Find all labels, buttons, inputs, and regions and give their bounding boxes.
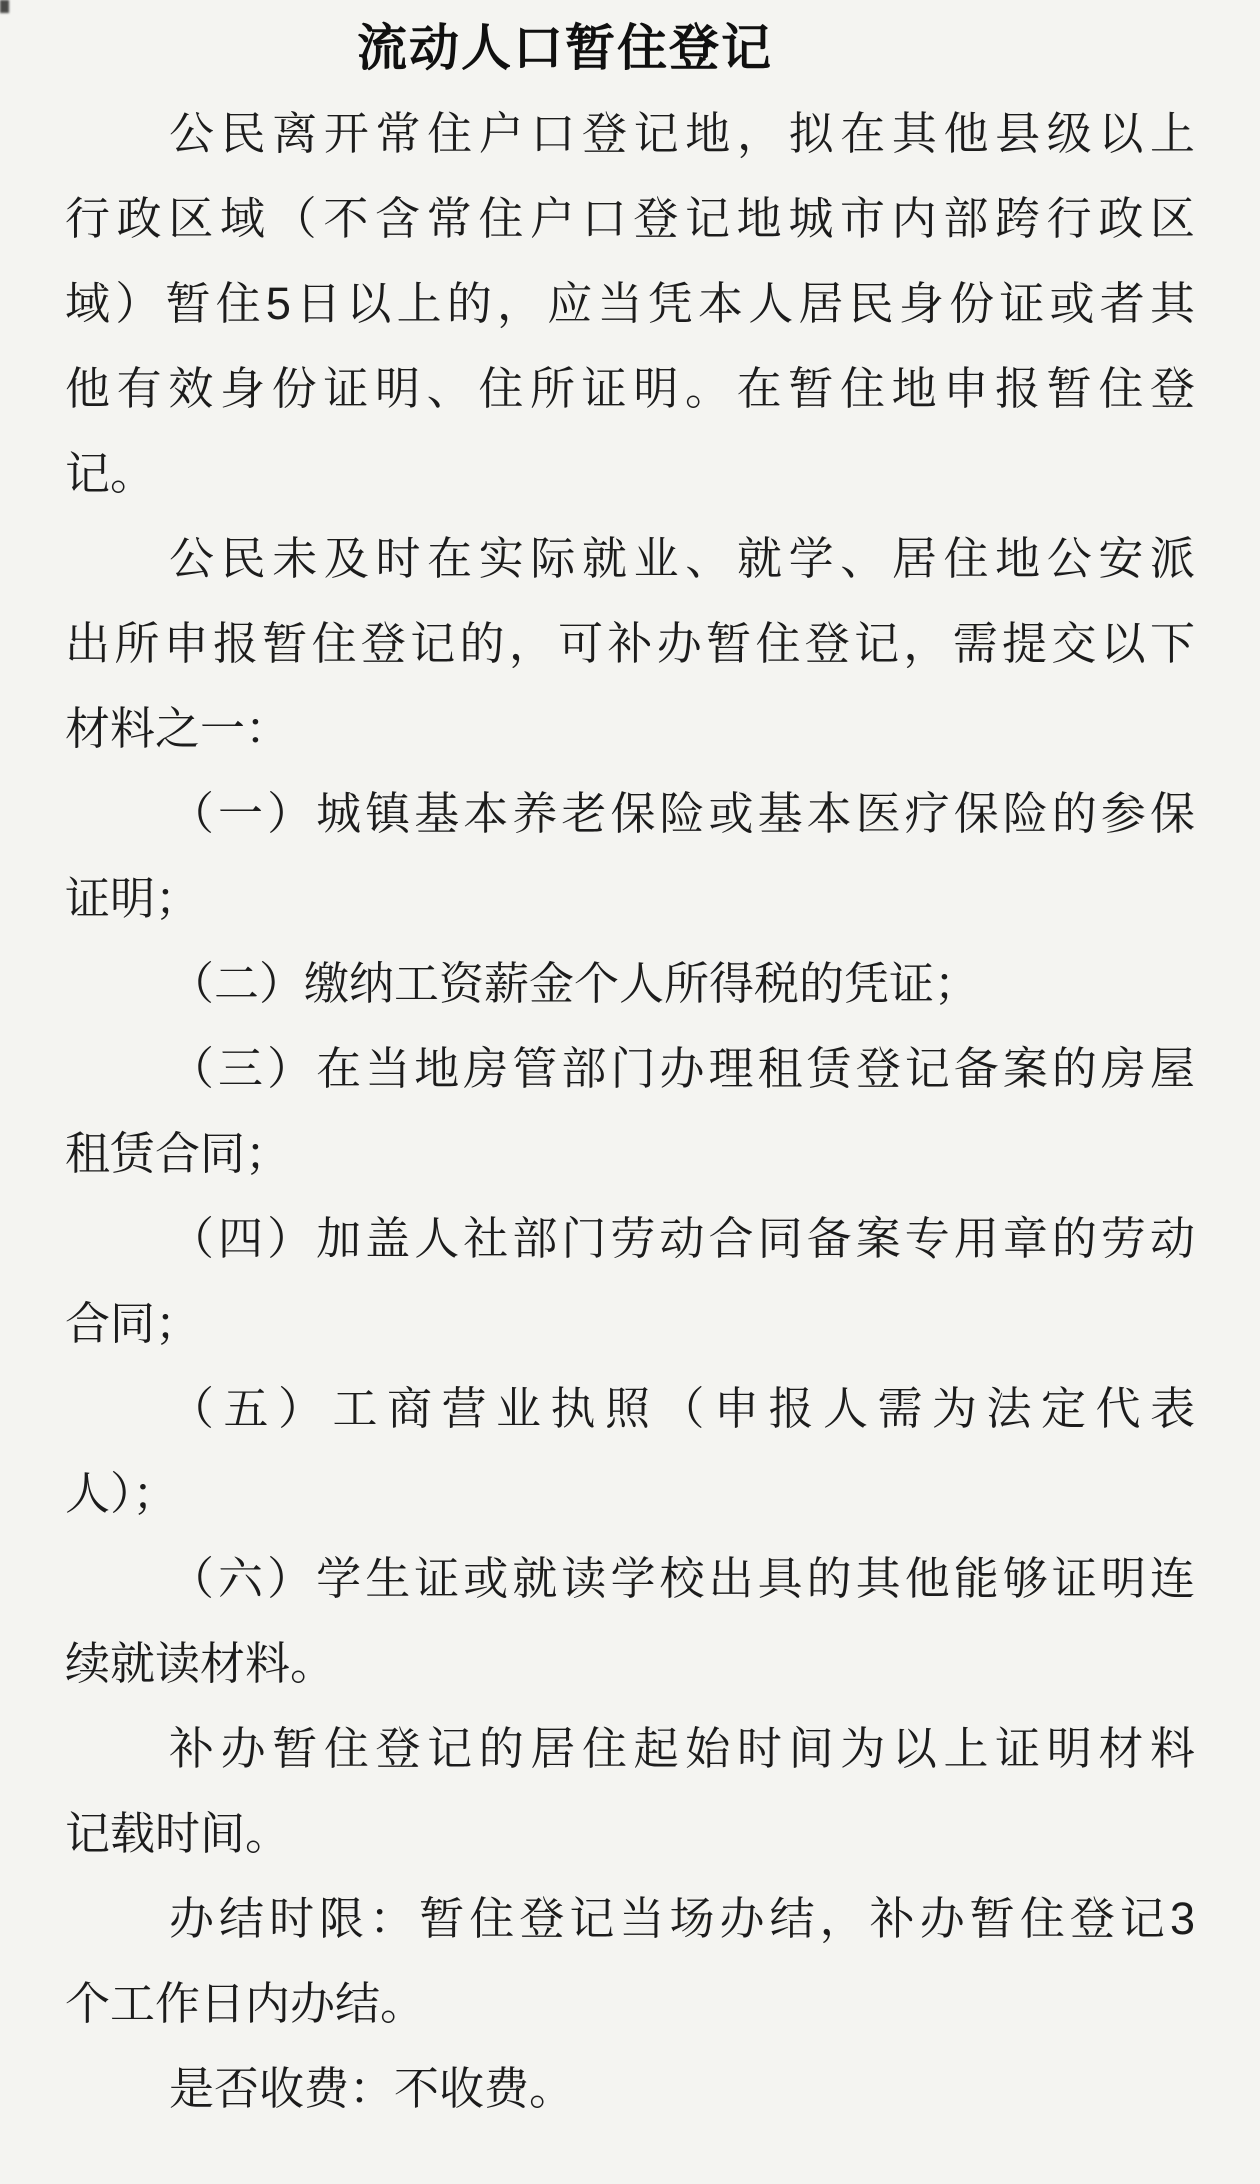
- text-line: 个工作日内办结。: [65, 1961, 1195, 2046]
- paragraph: 办结时限：暂住登记当场办结，补办暂住登记3个工作日内办结。: [65, 1876, 1195, 2046]
- text-line: 公民离开常住户口登记地，拟在其他县级以上: [65, 91, 1195, 176]
- paragraph: 公民未及时在实际就业、就学、居住地公安派出所申报暂住登记的，可补办暂住登记，需提…: [65, 516, 1195, 771]
- paragraph: （三）在当地房管部门办理租赁登记备案的房屋租赁合同；: [65, 1026, 1195, 1196]
- document-title: 流动人口暂住登记: [65, 6, 1195, 91]
- paragraph: （六）学生证或就读学校出具的其他能够证明连续就读材料。: [65, 1536, 1195, 1706]
- paragraph: （五）工商营业执照（申报人需为法定代表人）；: [65, 1366, 1195, 1536]
- text-line: 续就读材料。: [65, 1621, 1195, 1706]
- document-page: 流动人口暂住登记 公民离开常住户口登记地，拟在其他县级以上行政区域（不含常住户口…: [0, 0, 1260, 2131]
- text-line: （四）加盖人社部门劳动合同备案专用章的劳动: [65, 1196, 1195, 1281]
- paragraph: （二）缴纳工资薪金个人所得税的凭证；: [65, 941, 1195, 1026]
- text-line: 办结时限：暂住登记当场办结，补办暂住登记3: [65, 1876, 1195, 1961]
- scanned-page: { "page": { "background_color": "#f4f4f1…: [0, 0, 1260, 2184]
- text-line: 材料之一：: [65, 686, 1195, 771]
- scan-artifact: [0, 0, 9, 13]
- text-line: （二）缴纳工资薪金个人所得税的凭证；: [65, 941, 1195, 1026]
- text-line: 记载时间。: [65, 1791, 1195, 1876]
- text-line: 域）暂住5日以上的，应当凭本人居民身份证或者其: [65, 261, 1195, 346]
- paragraph: 补办暂住登记的居住起始时间为以上证明材料记载时间。: [65, 1706, 1195, 1876]
- text-line: 租赁合同；: [65, 1111, 1195, 1196]
- paragraph: （四）加盖人社部门劳动合同备案专用章的劳动合同；: [65, 1196, 1195, 1366]
- text-line: 出所申报暂住登记的，可补办暂住登记，需提交以下: [65, 601, 1195, 686]
- text-line: 合同；: [65, 1281, 1195, 1366]
- document-body: 公民离开常住户口登记地，拟在其他县级以上行政区域（不含常住户口登记地城市内部跨行…: [65, 91, 1195, 2131]
- text-line: （一）城镇基本养老保险或基本医疗保险的参保: [65, 771, 1195, 856]
- text-line: 人）；: [65, 1451, 1195, 1536]
- text-line: （五）工商营业执照（申报人需为法定代表: [65, 1366, 1195, 1451]
- text-line: 他有效身份证明、住所证明。在暂住地申报暂住登: [65, 346, 1195, 431]
- text-line: （六）学生证或就读学校出具的其他能够证明连: [65, 1536, 1195, 1621]
- text-line: 记。: [65, 431, 1195, 516]
- text-line: 证明；: [65, 856, 1195, 941]
- text-line: 公民未及时在实际就业、就学、居住地公安派: [65, 516, 1195, 601]
- text-line: 补办暂住登记的居住起始时间为以上证明材料: [65, 1706, 1195, 1791]
- text-line: 行政区域（不含常住户口登记地城市内部跨行政区: [65, 176, 1195, 261]
- paragraph: （一）城镇基本养老保险或基本医疗保险的参保证明；: [65, 771, 1195, 941]
- paragraph: 公民离开常住户口登记地，拟在其他县级以上行政区域（不含常住户口登记地城市内部跨行…: [65, 91, 1195, 516]
- text-line: （三）在当地房管部门办理租赁登记备案的房屋: [65, 1026, 1195, 1111]
- paragraph: 是否收费：不收费。: [65, 2046, 1195, 2131]
- text-line: 是否收费：不收费。: [65, 2046, 1195, 2131]
